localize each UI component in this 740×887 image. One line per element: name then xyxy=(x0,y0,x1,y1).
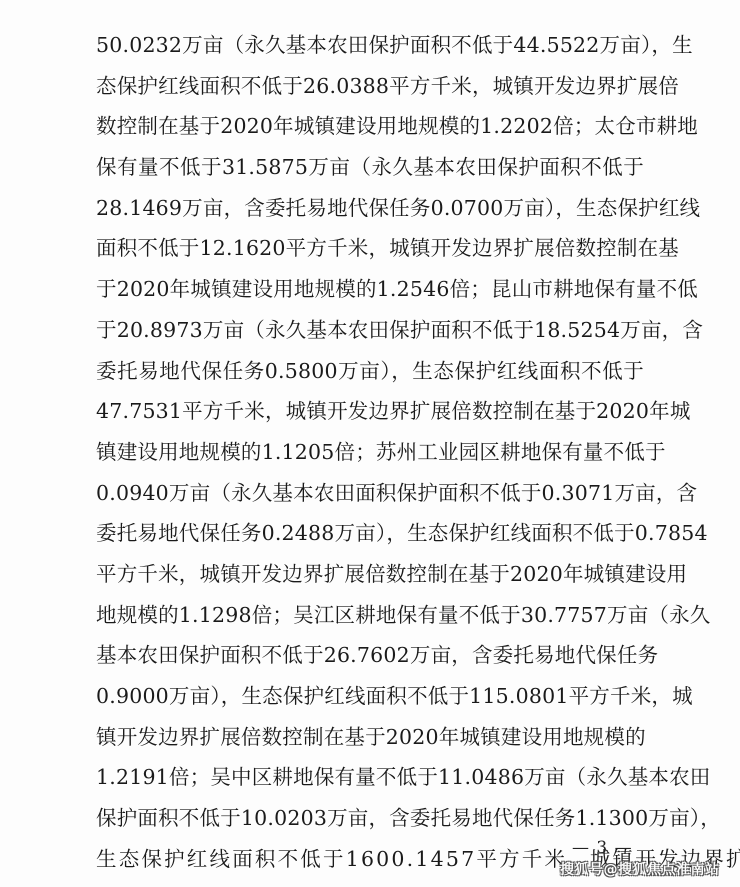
body-paragraph: 50.0232万亩（永久基本农田保护面积不低于44.5522万亩），生 态保护红… xyxy=(96,25,644,879)
text-line: 委托易地代保任务0.5800万亩），生态保护红线面积不低于 xyxy=(96,351,644,392)
text-line: 地规模的1.1298倍；吴江区耕地保有量不低于30.7757万亩（永久 xyxy=(96,595,644,636)
page-number: — 3 — xyxy=(572,838,633,858)
text-line: 0.0940万亩（永久基本农田面积保护面积不低于0.3071万亩，含 xyxy=(96,473,644,514)
text-line: 保有量不低于31.5875万亩（永久基本农田保护面积不低于 xyxy=(96,147,644,188)
document-page: 50.0232万亩（永久基本农田保护面积不低于44.5522万亩），生 态保护红… xyxy=(0,0,740,887)
text-line: 保护面积不低于10.0203万亩，含委托易地代保任务1.1300万亩）， xyxy=(96,798,644,839)
text-line: 47.7531平方千米，城镇开发边界扩展倍数控制在基于2020年城 xyxy=(96,391,644,432)
text-line: 于20.8973万亩（永久基本农田保护面积不低于18.5254万亩，含 xyxy=(96,310,644,351)
text-line: 态保护红线面积不低于26.0388平方千米，城镇开发边界扩展倍 xyxy=(96,66,644,107)
text-line: 数控制在基于2020年城镇建设用地规模的1.2202倍；太仓市耕地 xyxy=(96,106,644,147)
text-line: 28.1469万亩，含委托易地代保任务0.0700万亩），生态保护红线 xyxy=(96,188,644,229)
text-line: 委托易地代保任务0.2488万亩），生态保护红线面积不低于0.7854 xyxy=(96,513,644,554)
text-line: 于2020年城镇建设用地规模的1.2546倍；昆山市耕地保有量不低 xyxy=(96,269,644,310)
text-line: 0.9000万亩），生态保护红线面积不低于115.0801平方千米，城 xyxy=(96,676,644,717)
text-line: 镇开发边界扩展倍数控制在基于2020年城镇建设用地规模的 xyxy=(96,717,644,758)
text-line: 镇建设用地规模的1.1205倍；苏州工业园区耕地保有量不低于 xyxy=(96,432,644,473)
text-line: 基本农田保护面积不低于26.7602万亩，含委托易地代保任务 xyxy=(96,635,644,676)
watermark: 搜狐号@搜狐焦点淮南站 xyxy=(560,859,720,879)
text-line: 平方千米，城镇开发边界扩展倍数控制在基于2020年城镇建设用 xyxy=(96,554,644,595)
text-line: 50.0232万亩（永久基本农田保护面积不低于44.5522万亩），生 xyxy=(96,25,644,66)
text-line: 面积不低于12.1620平方千米，城镇开发边界扩展倍数控制在基 xyxy=(96,228,644,269)
text-line: 1.2191倍；吴中区耕地保有量不低于11.0486万亩（永久基本农田 xyxy=(96,757,644,798)
